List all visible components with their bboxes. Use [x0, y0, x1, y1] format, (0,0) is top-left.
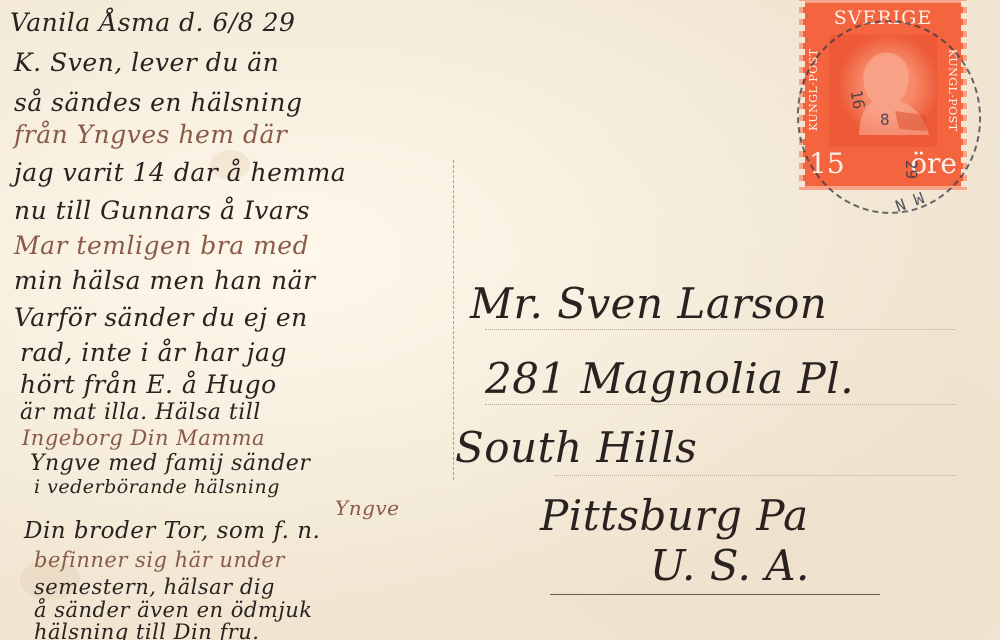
message-line: från Yngves hem där: [14, 122, 287, 147]
message-line: Varför sänder du ej en: [14, 305, 308, 330]
message-line: hört från E. å Hugo: [20, 372, 277, 397]
address-rule: [555, 475, 955, 476]
message-line: så sändes en hälsning: [14, 90, 302, 115]
message-line: Din broder Tor, som f. n.: [24, 520, 320, 543]
message-line: semestern, hälsar dig: [34, 577, 275, 598]
postmark-date-year: 29: [902, 160, 921, 179]
address-rule: [485, 404, 955, 405]
message-line: rad, inte i år har jag: [20, 340, 287, 365]
address-street: 281 Magnolia Pl.: [485, 358, 854, 400]
postcard-back: Vanila Åsma d. 6/8 29 K. Sven, lever du …: [0, 0, 1000, 640]
message-line: hälsning till Din fru.: [34, 622, 259, 640]
message-line: jag varit 14 dar å hemma: [14, 160, 346, 185]
message-line: Yngve med famij sänder: [30, 453, 310, 475]
address-country: U. S. A.: [650, 545, 810, 587]
message-line: befinner sig här under: [34, 550, 285, 571]
center-divider-line: [453, 160, 454, 480]
message-line: å sänder även en ödmjuk: [34, 600, 313, 621]
message-line: är mat illa. Hälsa till: [20, 402, 261, 424]
message-line: Ingeborg Din Mamma: [22, 428, 265, 449]
message-line: nu till Gunnars å Ivars: [14, 198, 310, 223]
postmark-date-month: 8: [880, 110, 890, 129]
postmark-date-day: 16: [847, 88, 869, 110]
address-name: Mr. Sven Larson: [470, 283, 827, 325]
message-line: Mar temligen bra med: [14, 233, 309, 258]
message-line: K. Sven, lever du än: [14, 50, 279, 75]
address-rule: [485, 329, 955, 330]
address-city-state: Pittsburg Pa: [540, 495, 809, 537]
message-line: Vanila Åsma d. 6/8 29: [10, 10, 295, 35]
address-district: South Hills: [455, 427, 697, 469]
message-line: i vederbörande hälsning: [34, 478, 280, 497]
message-line: min hälsa men han när: [14, 268, 316, 293]
address-rule: [550, 594, 880, 595]
message-signature: Yngve: [335, 498, 400, 518]
